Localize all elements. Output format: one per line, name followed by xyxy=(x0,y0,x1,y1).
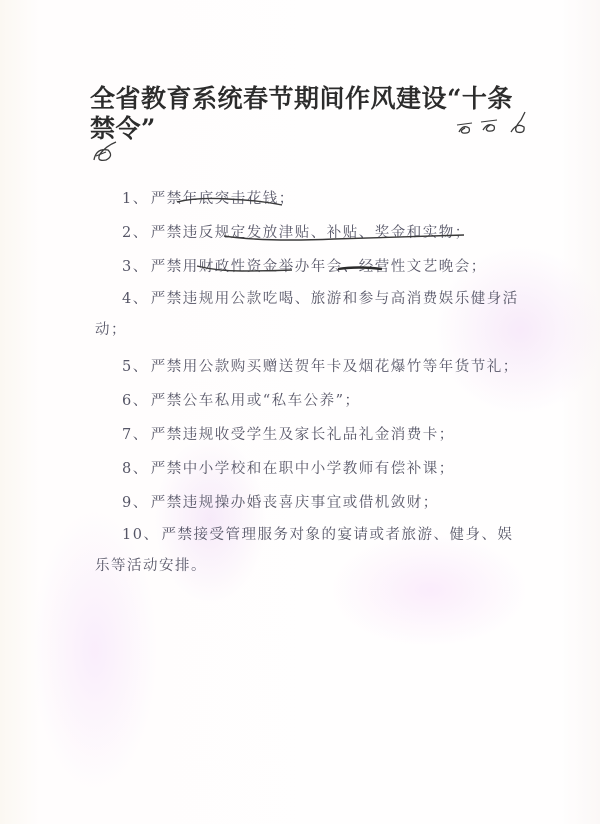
list-item-4: 4、严禁违规用公款吃喝、旅游和参与高消费娱乐健身活动； xyxy=(95,284,520,346)
list-item-10: 10、严禁接受管理服务对象的宴请或者旅游、健身、娱乐等活动安排。 xyxy=(95,520,520,582)
pen-underline-item-3a xyxy=(195,262,295,274)
list-item-3: 3、严禁用财政性资金举办年会、经营性文艺晚会； xyxy=(95,250,520,284)
handwritten-mark-title-left xyxy=(88,140,122,166)
list-item-6: 6、严禁公车私用或“私车公养”； xyxy=(95,384,520,418)
list-item-8: 8、严禁中小学校和在职中小学教师有偿补课； xyxy=(95,452,520,486)
list-item-9: 9、严禁违规操办婚丧喜庆事宜或借机敛财； xyxy=(95,486,520,520)
pen-underline-item-1 xyxy=(175,196,285,208)
pen-underline-item-3b xyxy=(336,264,386,274)
pen-underline-item-2 xyxy=(222,230,467,244)
list-item-5: 5、严禁用公款购买赠送贺年卡及烟花爆竹等年货节礼； xyxy=(95,350,520,384)
list-item-1: 1、严禁年底突击花钱； xyxy=(95,182,520,216)
handwritten-mark-title-right xyxy=(455,110,535,140)
list-item-7: 7、严禁违规收受学生及家长礼品礼金消费卡； xyxy=(95,418,520,452)
